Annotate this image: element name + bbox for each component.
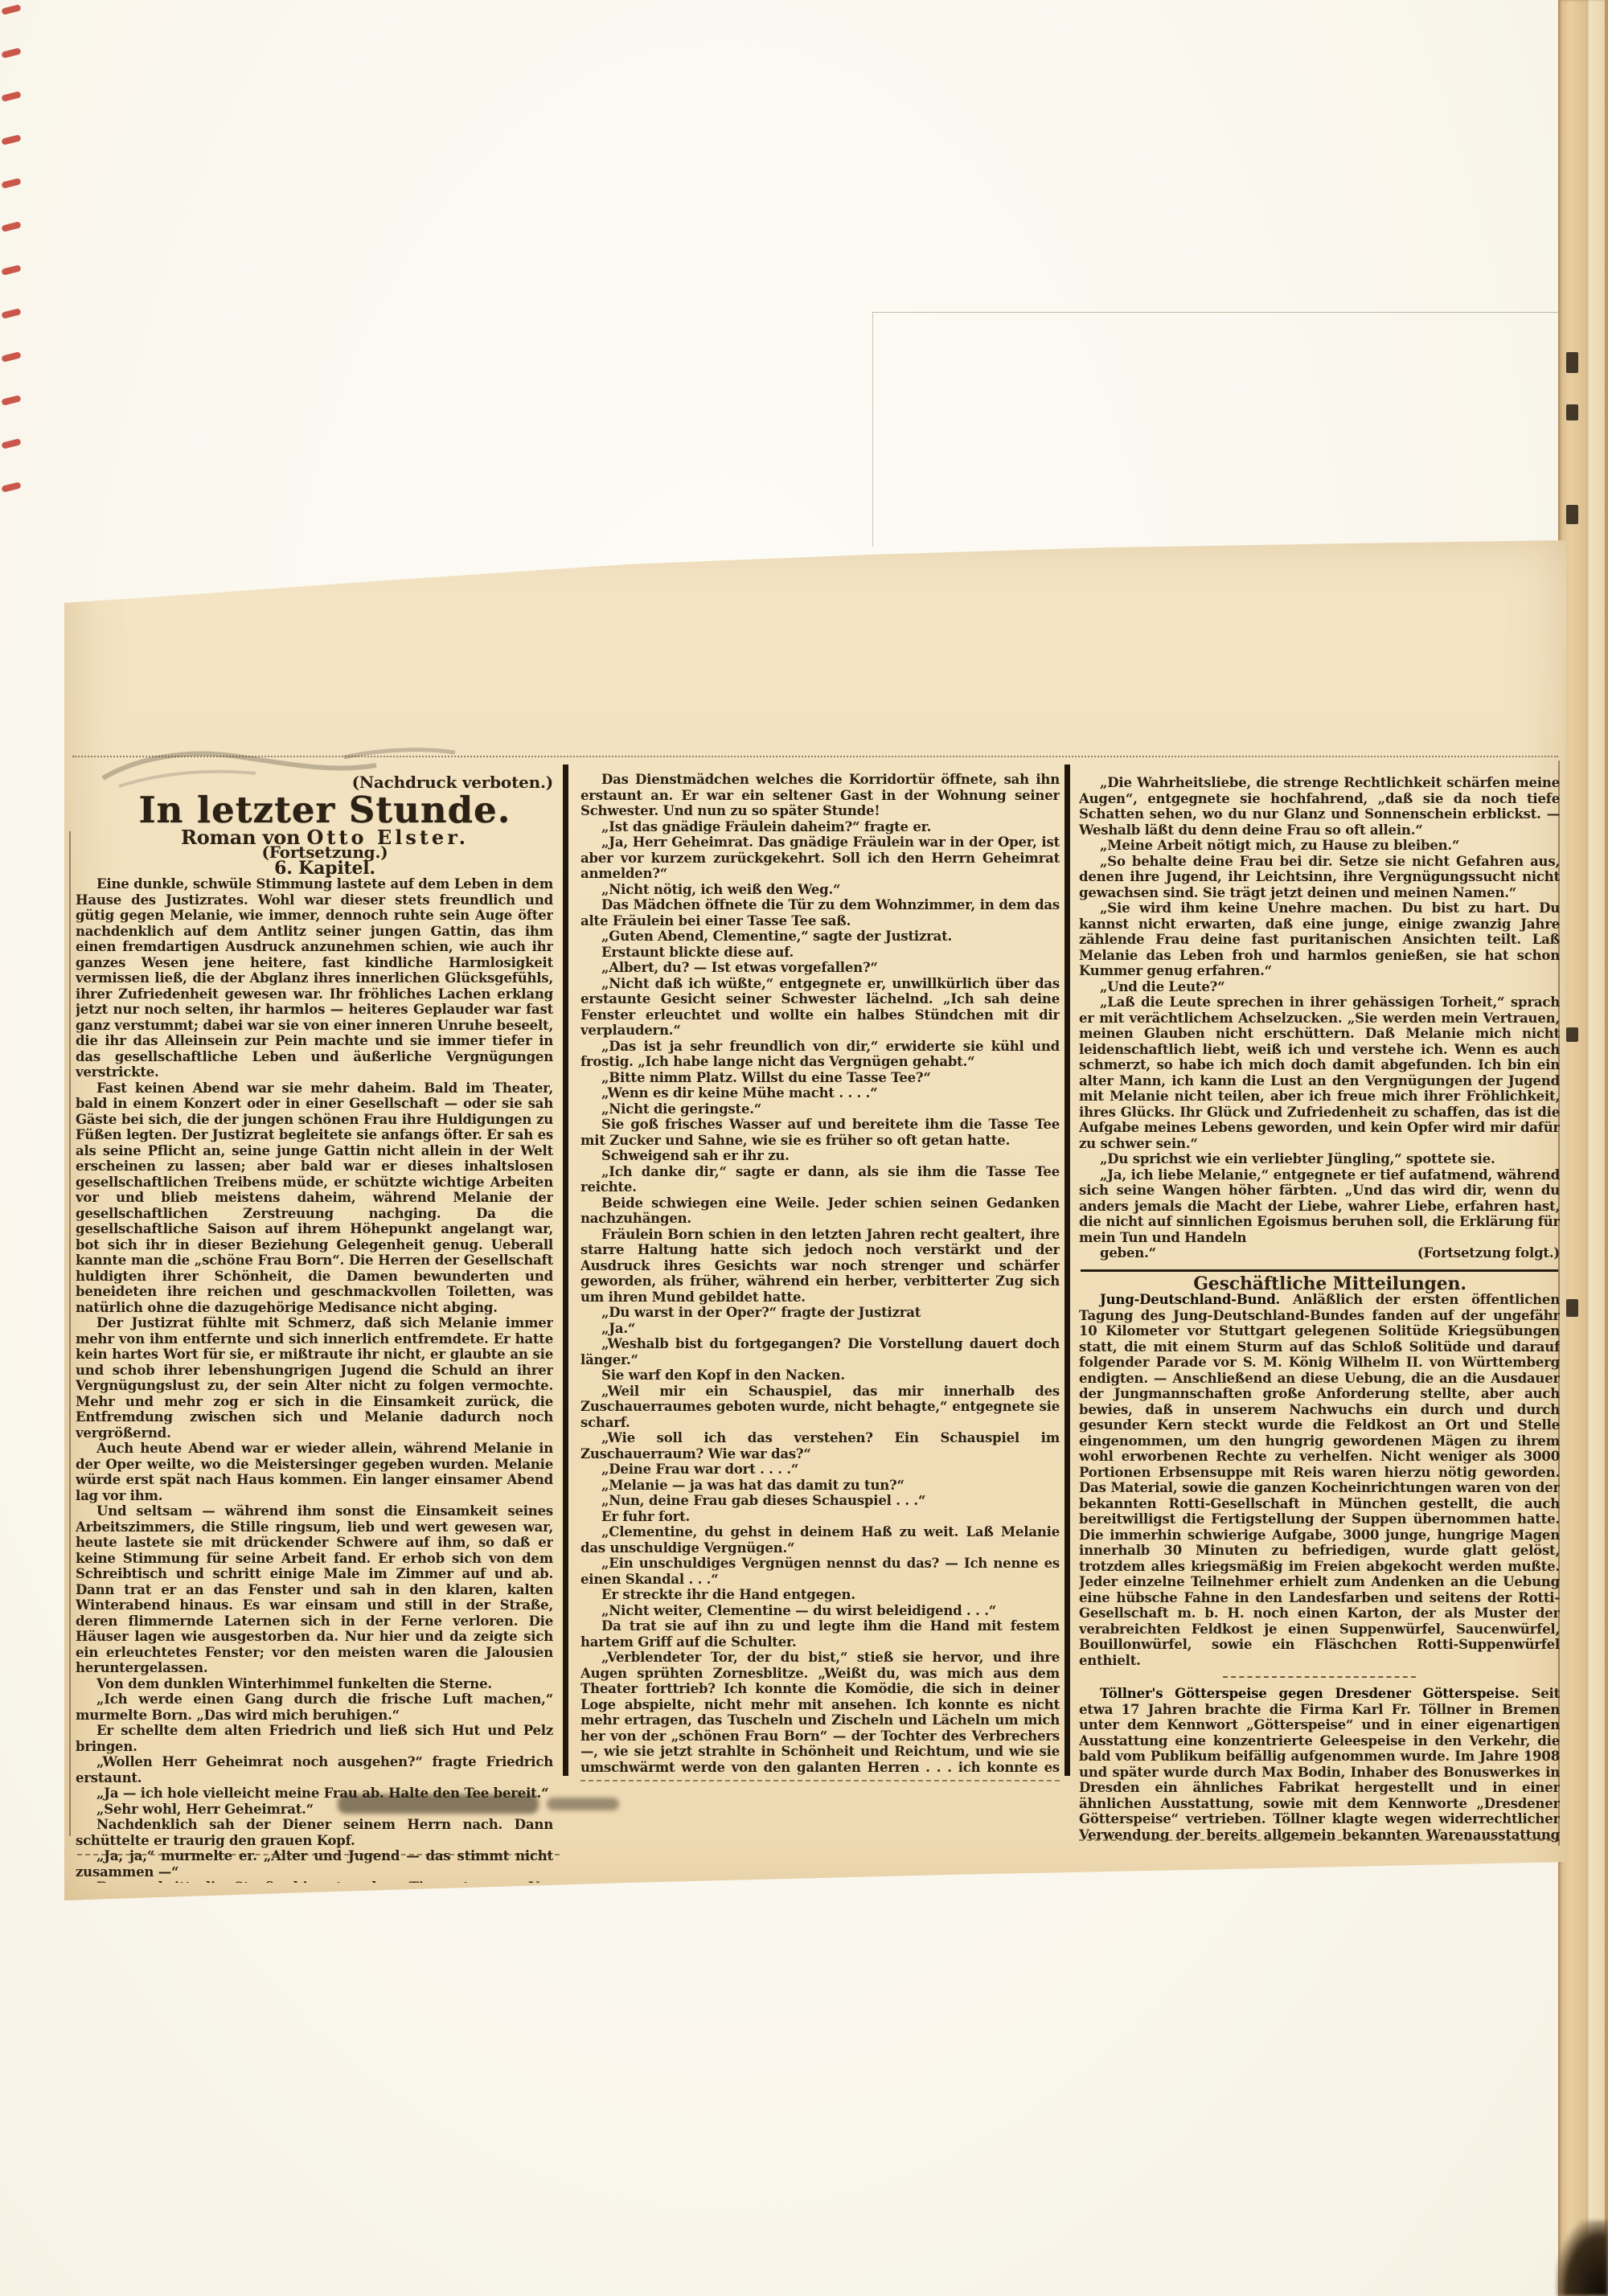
paragraph: „Albert, du? — Ist etwas vorgefallen?“ [580, 960, 1060, 976]
red-edge-mark [1, 91, 21, 102]
book-page-edge-line [1605, 0, 1608, 2296]
column-1-bottom-rule [77, 1854, 560, 1855]
novel-title: In letzter Stunde. [76, 791, 553, 830]
paragraph: Eine dunkle, schwüle Stimmung lastete au… [76, 876, 553, 1080]
paragraph: Auch heute Abend war er wieder allein, w… [76, 1441, 553, 1503]
paragraph: „Wollen Herr Geheimrat noch ausgehen?“ f… [76, 1754, 553, 1786]
paragraph: Born schritt die Straße hinunter dem Tie… [76, 1880, 553, 1883]
red-edge-mark [1, 4, 21, 15]
paragraph: „Weshalb bist du fortgegangen? Die Vorst… [580, 1336, 1060, 1367]
business-item-text: Anläßlich der ersten öffentlichen Tagung… [1079, 1292, 1560, 1668]
business-item: Jung-Deutschland-Bund. Anläßlich der ers… [1079, 1292, 1560, 1668]
paragraph: Erstaunt blickte diese auf. [580, 945, 1060, 961]
red-edge-mark [1, 438, 21, 449]
clipping-top-rule [72, 756, 1558, 757]
paragraph: „Das ist ja sehr freundlich von dir,“ er… [580, 1039, 1060, 1070]
section-title: Geschäftliche Mitteilungen. [1079, 1277, 1560, 1293]
paragraph: „Und die Leute?“ [1079, 979, 1560, 995]
red-edge-mark [1, 221, 21, 232]
column-3: „Die Wahrheitsliebe, die strenge Rechtli… [1079, 775, 1560, 1844]
paragraph: Nachdenklich sah der Diener seinem Herrn… [76, 1817, 553, 1848]
paragraph: Und seltsam — während ihm sonst die Eins… [76, 1503, 553, 1676]
red-edge-mark [1, 351, 21, 363]
paragraph: „Nicht daß ich wüßte,“ entgegnete er, un… [580, 976, 1060, 1039]
business-item-text: Seit etwa 17 Jahren brachte die Firma Ka… [1079, 1686, 1560, 1844]
paragraph: „Guten Abend, Clementine,“ sagte der Jus… [580, 929, 1060, 945]
paragraph: „Du warst in der Oper?“ fragte der Justi… [580, 1305, 1060, 1321]
to-be-continued-note: (Fortsetzung folgt.) [1397, 1245, 1560, 1261]
paragraph: „Clementine, du gehst in deinem Haß zu w… [580, 1524, 1060, 1556]
paragraph: „Melanie — ja was hat das damit zu tun?“ [580, 1478, 1060, 1494]
business-item: Töllner's Götterspeise gegen Dresdener G… [1079, 1686, 1560, 1844]
column-3-novel-end: „Die Wahrheitsliebe, die strenge Rechtli… [1079, 775, 1560, 1245]
red-edge-mark [1, 264, 21, 276]
paragraph: „Nicht die geringste.“ [580, 1101, 1060, 1117]
paragraph: „Nun, deine Frau gab dieses Schauspiel .… [580, 1493, 1060, 1509]
column-1-body: Eine dunkle, schwüle Stimmung lastete au… [76, 876, 553, 1883]
paragraph: „Ja, ja,“ murmelte er. „Alter und Jugend… [76, 1848, 553, 1880]
paragraph: „Wie soll ich das verstehen? Ein Schausp… [580, 1430, 1060, 1462]
paragraph: Beide schwiegen eine Weile. Jeder schien… [580, 1195, 1060, 1227]
section-rule [1081, 1269, 1558, 1272]
item-divider-rule [1223, 1676, 1416, 1678]
novel-last-word: geben.“ [1079, 1245, 1156, 1261]
book-gutter-shadow [1557, 2220, 1608, 2296]
novel-last-line: geben.“ (Fortsetzung folgt.) [1079, 1245, 1560, 1261]
paragraph: „Du sprichst wie ein verliebter Jüngling… [1079, 1151, 1560, 1167]
paragraph: Das Dienstmädchen welches die Korridortü… [580, 772, 1060, 819]
column-3-bottom-rule [1079, 1839, 1560, 1841]
paragraph: Von dem dunklen Winterhimmel funkelten d… [76, 1676, 553, 1692]
paragraph: „Ja, Herr Geheimrat. Das gnädige Fräulei… [580, 834, 1060, 882]
book-page-edge-strip-inner [1587, 0, 1605, 2296]
paragraph: „Nicht nötig, ich weiß den Weg.“ [580, 882, 1060, 898]
paragraph: „Laß die Leute sprechen in ihrer gehässi… [1079, 994, 1560, 1151]
red-edge-mark [1, 134, 21, 146]
paragraph: Fast keinen Abend war sie mehr daheim. B… [76, 1080, 553, 1316]
red-edge-mark [1, 178, 21, 189]
business-item-lead: Jung-Deutschland-Bund. [1100, 1292, 1280, 1307]
column-divider-rule-1 [563, 765, 568, 1776]
chapter-heading: 6. Kapitel. [76, 861, 553, 877]
column-1: (Nachdruck verboten.) In letzter Stunde.… [76, 775, 553, 1883]
paragraph: „Nicht weiter, Clementine — du wirst bel… [580, 1603, 1060, 1619]
business-item-lead: Töllner's Götterspeise gegen Dresdener G… [1100, 1686, 1520, 1701]
page-edge-print-fragment [1566, 404, 1578, 420]
paragraph: „Verblendeter Tor, der du bist,“ stieß s… [580, 1650, 1060, 1777]
paragraph: Fräulein Born schien in den letzten Jahr… [580, 1227, 1060, 1306]
paragraph: „Ich danke dir,“ sagte er dann, als sie … [580, 1164, 1060, 1195]
paragraph: „Ist das gnädige Fräulein daheim?“ fragt… [580, 819, 1060, 835]
red-edge-mark [1, 395, 21, 406]
paragraph: Schweigend sah er ihr zu. [580, 1148, 1060, 1164]
column-divider-rule-2 [1064, 765, 1070, 1776]
tissue-sheet-edge-vertical [872, 312, 873, 547]
red-edge-mark [1, 482, 21, 493]
tissue-sheet-edge-horizontal [872, 312, 1560, 313]
paragraph: „Ein unschuldiges Vergnügen nennst du da… [580, 1556, 1060, 1587]
paragraph: „Wenn es dir keine Mühe macht . . . .“ [580, 1085, 1060, 1101]
ink-smudge-small [547, 1798, 619, 1810]
column-2-bottom-rule [580, 1780, 1060, 1781]
page-edge-print-fragment [1566, 352, 1578, 373]
paragraph: „Meine Arbeit nötigt mich, zu Hause zu b… [1079, 838, 1560, 854]
paragraph: „Ja.“ [580, 1321, 1060, 1337]
paragraph: Sie warf den Kopf in den Nacken. [580, 1367, 1060, 1384]
paragraph: Der Justizrat fühlte mit Schmerz, daß si… [76, 1315, 553, 1441]
paragraph: „Deine Frau war dort . . . .“ [580, 1462, 1060, 1478]
paragraph: „Ich werde einen Gang durch die frische … [76, 1691, 553, 1723]
paragraph: Er fuhr fort. [580, 1509, 1060, 1525]
red-edge-mark [1, 308, 21, 319]
newspaper-clipping: (Nachdruck verboten.) In letzter Stunde.… [64, 534, 1566, 1902]
album-page: (Nachdruck verboten.) In letzter Stunde.… [0, 0, 1608, 2296]
ink-smudge [338, 1794, 539, 1814]
paragraph: Sie goß frisches Wasser auf und bereitet… [580, 1117, 1060, 1148]
paragraph: „Sie wird ihm keine Unehre machen. Du bi… [1079, 900, 1560, 979]
paragraph: Das Mädchen öffnete die Tür zu dem Wohnz… [580, 897, 1060, 929]
red-edge-mark [1, 47, 21, 59]
column-2: Das Dienstmädchen welches die Korridortü… [580, 772, 1060, 1777]
paragraph: „Die Wahrheitsliebe, die strenge Rechtli… [1079, 775, 1560, 838]
page-edge-print-fragment [1566, 1027, 1578, 1042]
page-edge-print-fragment [1566, 505, 1578, 524]
left-margin-rule [69, 831, 71, 1836]
paragraph: „Weil mir ein Schauspiel, das mir innerh… [580, 1384, 1060, 1431]
paragraph: Er streckte ihr die Hand entgegen. [580, 1587, 1060, 1603]
column-2-body: Das Dienstmädchen welches die Korridortü… [580, 772, 1060, 1777]
paragraph: Er schellte dem alten Friedrich und ließ… [76, 1723, 553, 1754]
page-edge-print-fragment [1566, 1299, 1578, 1317]
paragraph: „So behalte deine Frau bei dir. Setze si… [1079, 854, 1560, 901]
paragraph: „Ja, ich liebe Melanie,“ entgegnete er t… [1079, 1167, 1560, 1246]
paragraph: Da trat sie auf ihn zu und legte ihm die… [580, 1618, 1060, 1650]
paragraph: „Bitte nimm Platz. Willst du eine Tasse … [580, 1070, 1060, 1086]
